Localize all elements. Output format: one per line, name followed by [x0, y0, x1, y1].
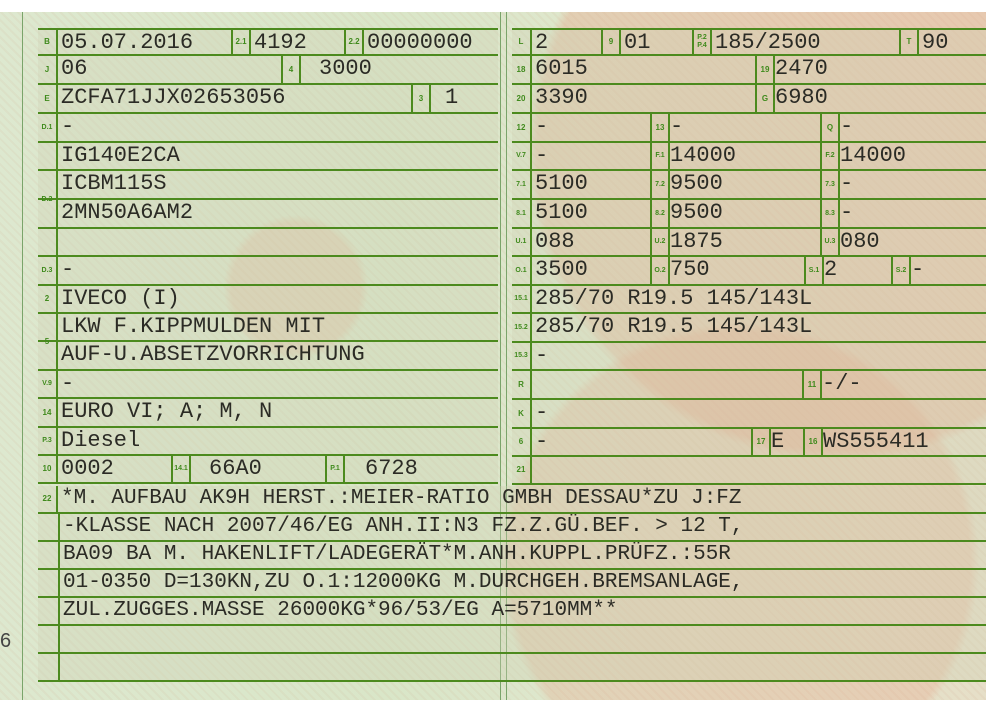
field-s2: -: [911, 257, 924, 284]
row-18: 18 6015 19 2470: [512, 56, 986, 85]
label-14: 14: [38, 399, 58, 426]
field-d2-line2: ICBM115S: [58, 171, 167, 198]
right-column: L 2 9 01 P.2 P.4 185/2500 T 90 18 6015 1…: [512, 28, 986, 485]
field-14-1: 66A0: [191, 456, 325, 482]
field-d2-line3: 2MN50A6AM2: [58, 200, 193, 227]
field-2-2: 00000000: [364, 30, 473, 54]
field-5-line2: AUF-U.ABSETZVORRICHTUNG: [58, 342, 365, 369]
label-b: B: [38, 30, 58, 54]
label-q: Q: [820, 114, 838, 141]
row-d2-line2: ICBM115S: [38, 171, 498, 200]
field-p2-p4: 185/2500: [712, 30, 899, 54]
label-15-3: 15.3: [512, 343, 532, 369]
remarks-line-3: BA09 BA M. HAKENLIFT/LADEGERÄT*M.ANH.KUP…: [38, 542, 986, 570]
field-d1: -: [58, 114, 74, 141]
label-s1: S.1: [804, 257, 824, 284]
d2-block: D.2 IG140E2CA ICBM115S 2MN50A6AM2: [38, 143, 498, 257]
field-12: -: [532, 114, 650, 141]
label-19: 19: [755, 56, 773, 83]
field-21: [532, 457, 535, 483]
label-o1: O.1: [512, 257, 532, 284]
row-d2-line4: [38, 229, 498, 257]
label-v7: V.7: [512, 143, 532, 169]
field-15-3: -: [532, 343, 548, 369]
field-8-3: -: [840, 200, 853, 227]
field-v7: -: [532, 143, 650, 169]
field-u1: 088: [532, 229, 650, 255]
label-10: 10: [38, 456, 58, 482]
remarks-text-7: [60, 654, 63, 680]
field-7-1: 5100: [532, 171, 650, 198]
row-7: 7.1 5100 7.2 9500 7.3 -: [512, 171, 986, 200]
field-d2-line1: IG140E2CA: [58, 143, 180, 169]
row-15-1: 15.1 285/70 R19.5 145/143L: [512, 286, 986, 314]
row-15-3: 15.3 -: [512, 343, 986, 371]
field-18: 6015: [532, 56, 755, 83]
row-d1: D.1 -: [38, 114, 498, 143]
label-8-1: 8.1: [512, 200, 532, 227]
row-d2-line3: 2MN50A6AM2: [38, 200, 498, 229]
remarks-line-2: -KLASSE NACH 2007/46/EG ANH.II:N3 FZ.Z.G…: [38, 514, 986, 542]
label-r: R: [512, 371, 532, 398]
label-7-2: 7.2: [650, 171, 670, 198]
field-5-line1: LKW F.KIPPMULDEN MIT: [58, 314, 325, 340]
label-2-2: 2.2: [344, 30, 364, 54]
field-4: 3000: [301, 56, 372, 83]
field-7-3: -: [840, 171, 853, 198]
label-9: 9: [601, 30, 621, 54]
field-b-date: 05.07.2016: [58, 30, 231, 54]
label-v9: V.9: [38, 371, 58, 397]
label-k: K: [512, 400, 532, 427]
label-p3: P.3: [38, 428, 58, 454]
field-g: 6980: [773, 85, 828, 112]
margin-line: [22, 12, 23, 700]
label-22: 22: [38, 486, 58, 512]
row-e: E ZCFA71JJX02653056 3 1: [38, 85, 498, 114]
label-17: 17: [751, 429, 771, 455]
label-2-1: 2.1: [231, 30, 251, 54]
remarks-text-4: 01-0350 D=130KN,ZU O.1:12000KG M.DURCHGE…: [60, 570, 744, 596]
label-21: 21: [512, 457, 532, 483]
field-11: -/-: [822, 371, 862, 398]
row-k: K -: [512, 400, 986, 429]
field-r: [532, 371, 802, 398]
label-15-1: 15.1: [512, 286, 532, 312]
label-f2: F.2: [820, 143, 840, 169]
remarks-text-1: *M. AUFBAU AK9H HERST.:MEIER-RATIO GMBH …: [58, 486, 742, 512]
field-14: EURO VI; A; M, N: [58, 399, 272, 426]
row-14: 14 EURO VI; A; M, N: [38, 399, 498, 428]
field-8-2: 9500: [670, 200, 820, 227]
label-l: L: [512, 30, 532, 54]
field-8-1: 5100: [532, 200, 650, 227]
field-u3: 080: [840, 229, 880, 255]
field-p1: 6728: [345, 456, 418, 482]
field-f1: 14000: [670, 143, 820, 169]
field-2-1: 4192: [251, 30, 344, 54]
label-5: 5: [38, 314, 58, 370]
label-d1: D.1: [38, 114, 58, 141]
label-d2: D.2: [38, 143, 58, 257]
row-12: 12 - 13 - Q -: [512, 114, 986, 143]
field-q: -: [838, 114, 853, 141]
label-j: J: [38, 56, 58, 83]
label-8-3: 8.3: [820, 200, 840, 227]
row-d3: D.3 -: [38, 257, 498, 286]
row-p3: P.3 Diesel: [38, 428, 498, 456]
remarks-line-1: *M. AUFBAU AK9H HERST.:MEIER-RATIO GMBH …: [38, 486, 986, 514]
row-u: U.1 088 U.2 1875 U.3 080: [512, 229, 986, 257]
remarks-line-6: [38, 626, 986, 654]
row-r: R 11 -/-: [512, 371, 986, 400]
label-15-2: 15.2: [512, 314, 532, 341]
label-4: 4: [281, 56, 301, 83]
field-9: 01: [621, 30, 692, 54]
label-3: 3: [411, 85, 431, 112]
label-18: 18: [512, 56, 532, 83]
label-u1: U.1: [512, 229, 532, 255]
label-6: 6: [512, 429, 532, 455]
field-d3: -: [58, 257, 74, 284]
label-s2: S.2: [891, 257, 911, 284]
field-k: -: [532, 400, 548, 427]
field-19: 2470: [773, 56, 828, 83]
label-p1: P.1: [325, 456, 345, 482]
row-5-line1: LKW F.KIPPMULDEN MIT: [38, 314, 498, 342]
field-o1: 3500: [532, 257, 650, 284]
row-15-2: 15.2 285/70 R19.5 145/143L: [512, 314, 986, 343]
f5-block: 5 LKW F.KIPPMULDEN MIT AUF-U.ABSETZVORRI…: [38, 314, 498, 371]
row-2: 2 IVECO (I): [38, 286, 498, 314]
remarks-text-6: [60, 626, 63, 652]
label-2: 2: [38, 286, 58, 312]
label-t: T: [899, 30, 919, 54]
label-f1: F.1: [650, 143, 670, 169]
field-j: 06: [58, 56, 281, 83]
remarks-text-2: -KLASSE NACH 2007/46/EG ANH.II:N3 FZ.Z.G…: [60, 514, 744, 540]
row-21: 21: [512, 457, 986, 485]
field-p3: Diesel: [58, 428, 140, 454]
label-e: E: [38, 85, 58, 112]
field-o2: 750: [670, 257, 804, 284]
field-6: -: [532, 429, 751, 455]
row-20: 20 3390 G 6980: [512, 85, 986, 114]
remarks-text-3: BA09 BA M. HAKENLIFT/LADEGERÄT*M.ANH.KUP…: [60, 542, 731, 568]
row-j: J 06 4 3000: [38, 56, 498, 85]
field-17: E: [771, 429, 803, 455]
field-u2: 1875: [670, 229, 820, 255]
field-15-2: 285/70 R19.5 145/143L: [532, 314, 812, 341]
row-v7: V.7 - F.1 14000 F.2 14000: [512, 143, 986, 171]
field-2-make: IVECO (I): [58, 286, 180, 312]
row-5-line2: AUF-U.ABSETZVORRICHTUNG: [38, 342, 498, 371]
field-d2-line4: [58, 229, 61, 255]
label-7-3: 7.3: [820, 171, 840, 198]
field-f2: 14000: [840, 143, 906, 169]
remarks-line-4: 01-0350 D=130KN,ZU O.1:12000KG M.DURCHGE…: [38, 570, 986, 598]
label-14-1: 14.1: [171, 456, 191, 482]
label-8-2: 8.2: [650, 200, 670, 227]
row-o: O.1 3500 O.2 750 S.1 2 S.2 -: [512, 257, 986, 286]
row-l: L 2 9 01 P.2 P.4 185/2500 T 90: [512, 28, 986, 56]
label-p2-p4: P.2 P.4: [692, 30, 712, 54]
row-8: 8.1 5100 8.2 9500 8.3 -: [512, 200, 986, 229]
left-column: B 05.07.2016 2.1 4192 2.2 00000000 J 06 …: [38, 28, 498, 484]
label-u2: U.2: [650, 229, 670, 255]
label-u3: U.3: [820, 229, 840, 255]
remarks-line-5: ZUL.ZUGGES.MASSE 26000KG*96/53/EG A=5710…: [38, 598, 986, 626]
label-12: 12: [512, 114, 532, 141]
field-3: 1: [431, 85, 458, 112]
row-d2-line1: IG140E2CA: [38, 143, 498, 171]
row-v9: V.9 -: [38, 371, 498, 399]
label-g: G: [755, 85, 773, 112]
remarks-section: 22 *M. AUFBAU AK9H HERST.:MEIER-RATIO GM…: [38, 486, 986, 682]
field-e-vin: ZCFA71JJX02653056: [58, 85, 411, 112]
field-t: 90: [919, 30, 948, 54]
margin-glyph: 6: [0, 630, 11, 653]
row-b: B 05.07.2016 2.1 4192 2.2 00000000: [38, 28, 498, 56]
row-6: 6 - 17 E 16 WS555411: [512, 429, 986, 457]
field-20: 3390: [532, 85, 755, 112]
label-11: 11: [802, 371, 822, 398]
field-16: WS555411: [823, 429, 929, 455]
field-7-2: 9500: [670, 171, 820, 198]
field-10: 0002: [58, 456, 171, 482]
label-o2: O.2: [650, 257, 670, 284]
label-7-1: 7.1: [512, 171, 532, 198]
label-16: 16: [803, 429, 823, 455]
label-13: 13: [650, 114, 668, 141]
remarks-text-5: ZUL.ZUGGES.MASSE 26000KG*96/53/EG A=5710…: [60, 598, 618, 624]
field-15-1: 285/70 R19.5 145/143L: [532, 286, 812, 312]
label-20: 20: [512, 85, 532, 112]
field-l: 2: [532, 30, 601, 54]
field-v9: -: [58, 371, 74, 397]
remarks-line-7: [38, 654, 986, 682]
field-s1: 2: [824, 257, 891, 284]
label-d3: D.3: [38, 257, 58, 284]
field-13: -: [668, 114, 820, 141]
row-10: 10 0002 14.1 66A0 P.1 6728: [38, 456, 498, 484]
